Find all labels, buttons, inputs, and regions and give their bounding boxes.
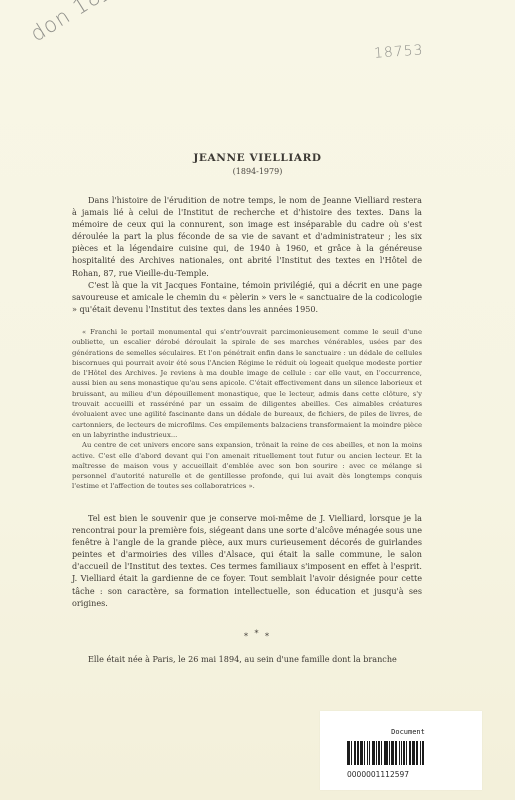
paragraph: Elle était née à Paris, le 26 mai 1894, … <box>72 653 422 665</box>
barcode-label: Document 0000001112597 <box>320 711 482 790</box>
handwritten-inventory-number: 18753 <box>374 42 425 61</box>
paragraph: C'est là que la vit Jacques Fontaine, té… <box>72 279 422 315</box>
paragraph: Dans l'histoire de l'érudition de notre … <box>72 194 422 279</box>
barcode-icon <box>347 741 453 765</box>
barcode-number: 0000001112597 <box>347 770 409 779</box>
intro-section: Dans l'histoire de l'érudition de notre … <box>72 194 422 315</box>
scanned-page: don 18V·83 18753 JEANNE VIELLIARD (1894-… <box>0 0 515 800</box>
article-dates: (1894-1979) <box>0 167 515 176</box>
handwritten-donation-note: don 18V·83 <box>26 0 147 46</box>
separator-star: * <box>244 632 250 641</box>
quote-paragraph: « Franchi le portail monumental qui s'en… <box>72 327 422 440</box>
quote-paragraph: Au centre de cet univers encore sans exp… <box>72 440 422 491</box>
memory-section: Tel est bien le souvenir que je conserve… <box>72 512 422 609</box>
block-quote: « Franchi le portail monumental qui s'en… <box>72 327 422 492</box>
section-separator: * * * <box>0 632 515 641</box>
barcode-label-title: Document <box>320 728 482 736</box>
biography-section: Elle était née à Paris, le 26 mai 1894, … <box>72 653 422 665</box>
separator-star: * <box>265 632 271 641</box>
donation-note-prefix: don 18 <box>26 0 106 46</box>
article-title: JEANNE VIELLIARD <box>0 152 515 164</box>
separator-star: * <box>255 629 261 638</box>
paragraph: Tel est bien le souvenir que je conserve… <box>72 512 422 609</box>
